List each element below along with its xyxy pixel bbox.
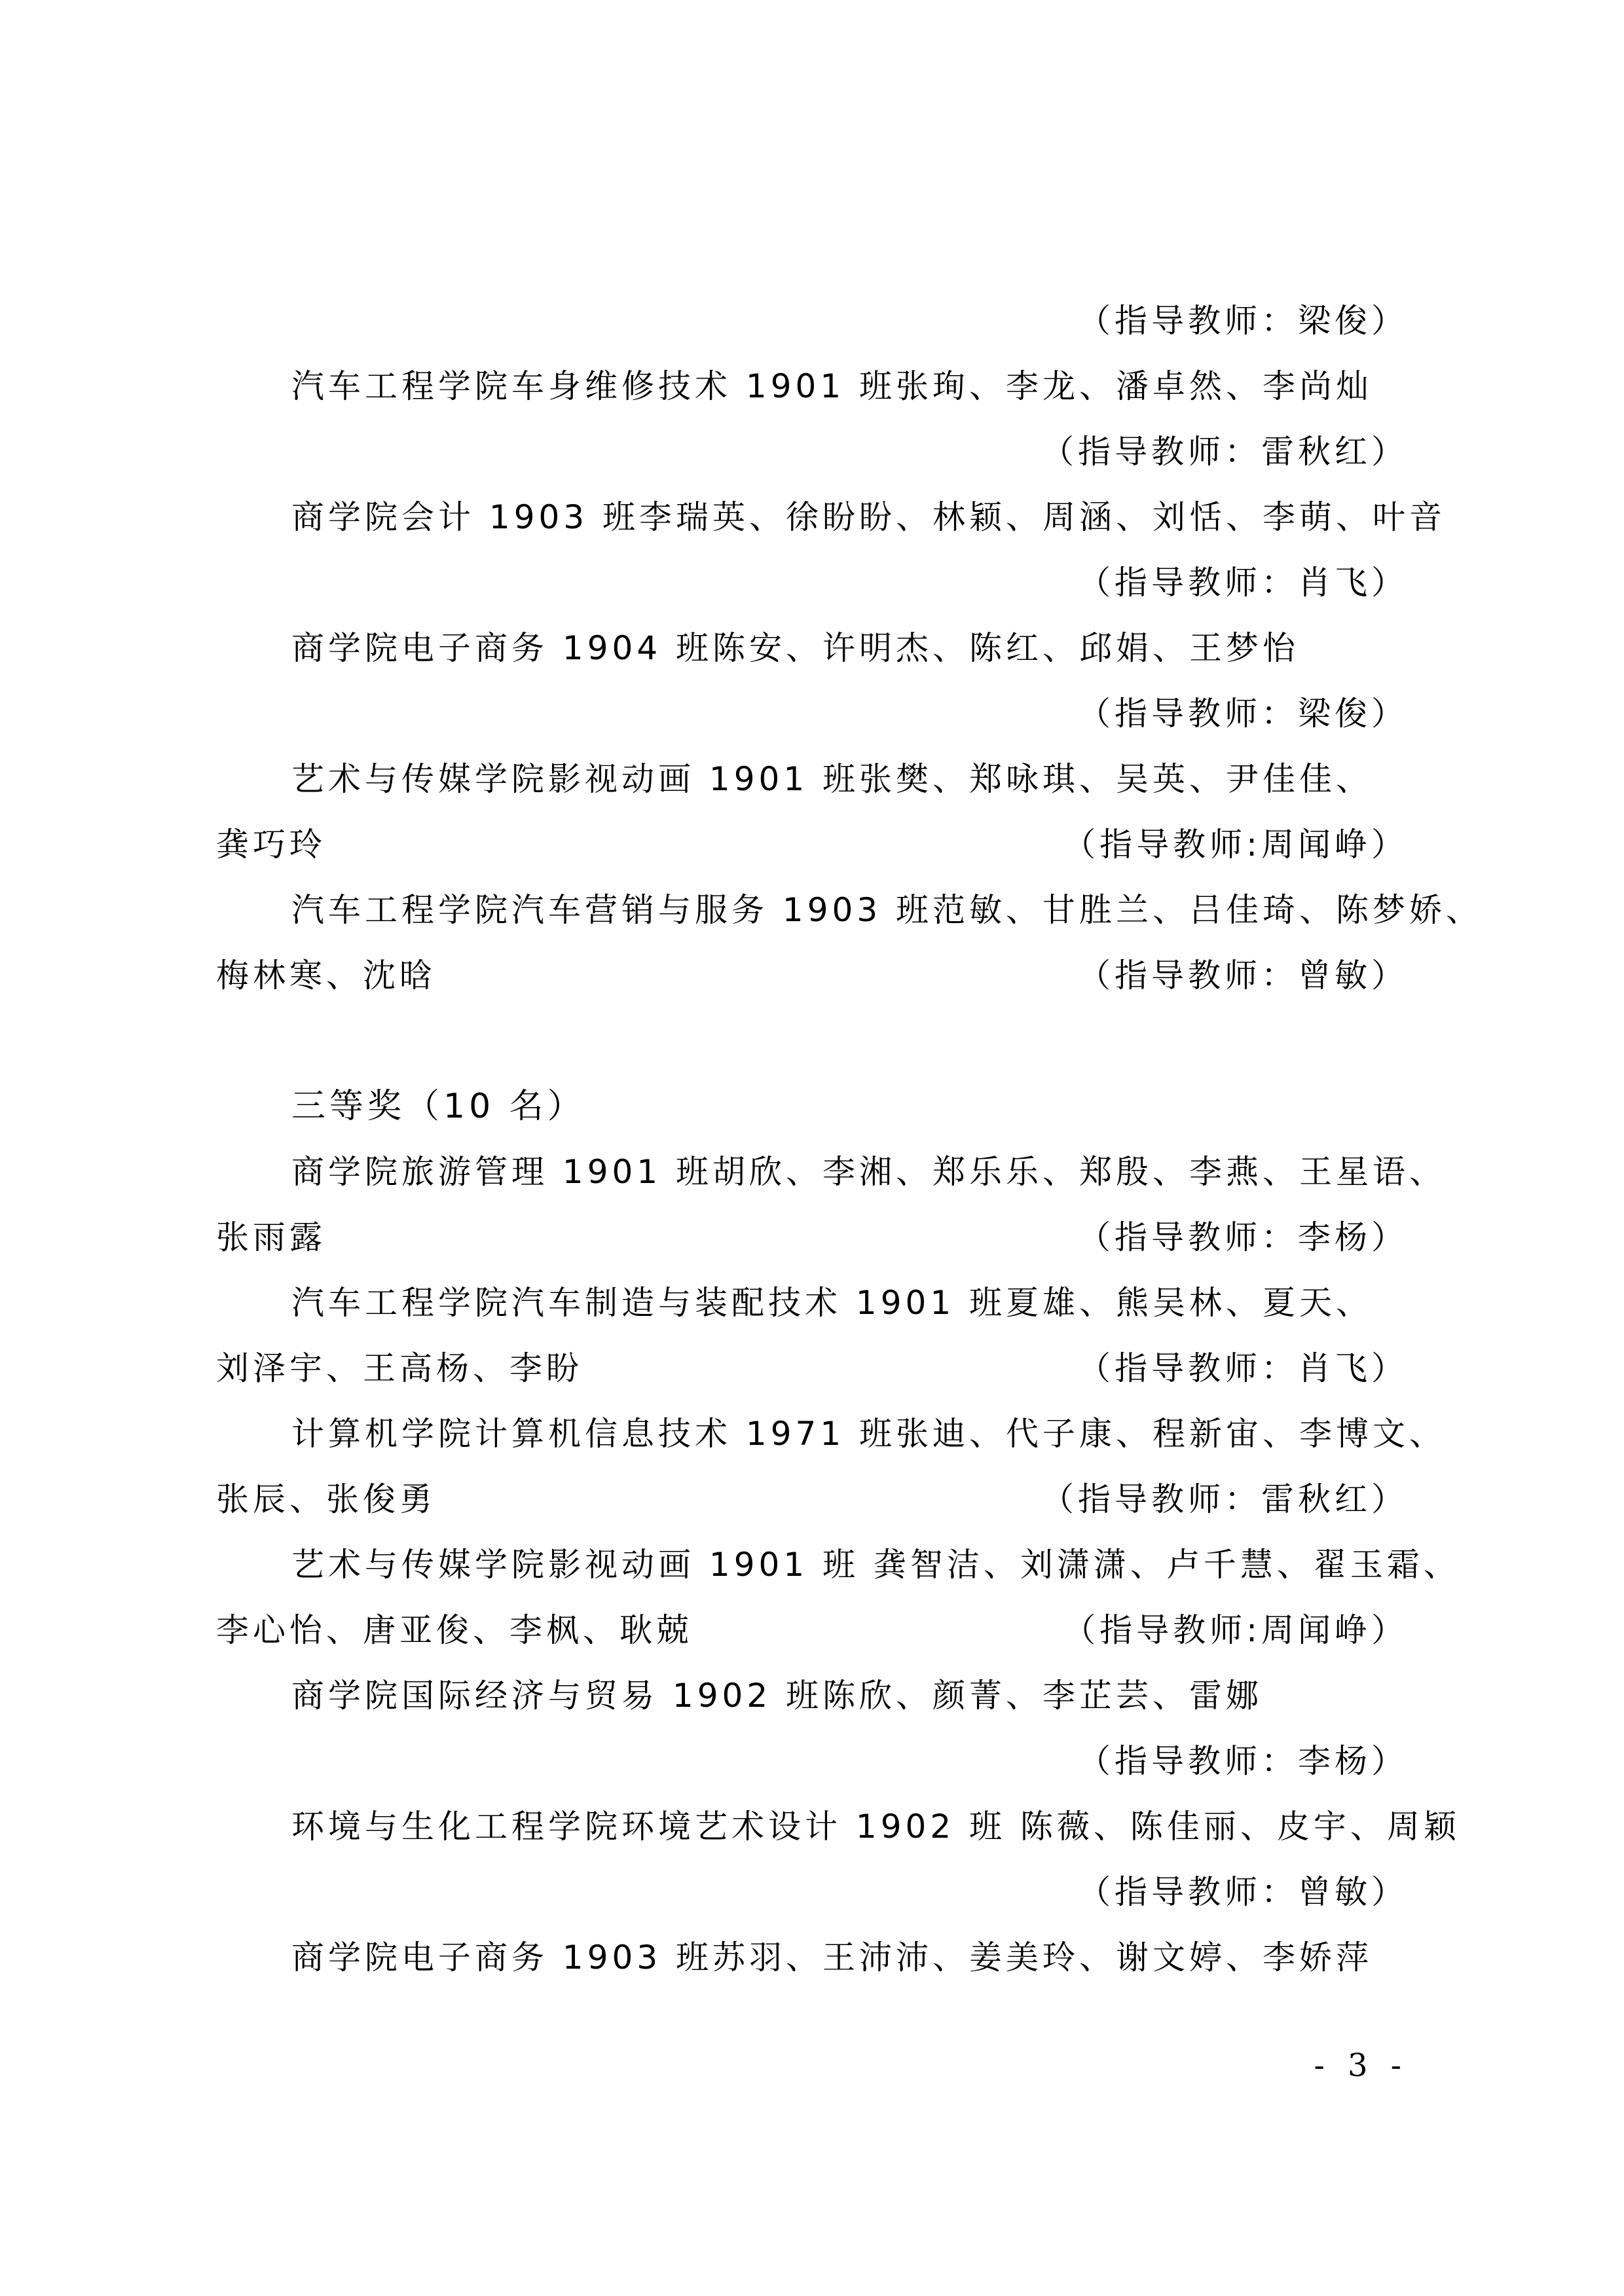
- advisor-line: （指导教师：雷秋红）: [1041, 429, 1408, 475]
- award-entry-continuation: 刘泽宇、王高杨、李盼: [216, 1345, 583, 1391]
- advisor-line: （指导教师：梁俊）: [1078, 691, 1408, 737]
- award-entry-continuation: 张辰、张俊勇: [216, 1476, 436, 1522]
- page-number: - 3 -: [1314, 2046, 1409, 2085]
- award-entry-line: 汽车工程学院车身维修技术 1901 班张珣、李龙、潘卓然、李尚灿: [291, 363, 1373, 409]
- award-entry-line: 环境与生化工程学院环境艺术设计 1902 班 陈薇、陈佳丽、皮宇、周颖: [291, 1804, 1460, 1850]
- advisor-line: （指导教师:周闻峥）: [1063, 1607, 1408, 1653]
- advisor-line: （指导教师：李杨）: [1078, 1738, 1408, 1784]
- award-entry-line: 汽车工程学院汽车制造与装配技术 1901 班夏雄、熊吴林、夏天、: [291, 1280, 1373, 1326]
- advisor-line: （指导教师：肖飞）: [1078, 1345, 1408, 1391]
- award-entry-line: 艺术与传媒学院影视动画 1901 班张樊、郑咏琪、吴英、尹佳佳、: [291, 756, 1373, 802]
- advisor-line: （指导教师：曾敏）: [1078, 953, 1408, 998]
- award-entry-line: 汽车工程学院汽车营销与服务 1903 班范敏、甘胜兰、吕佳琦、陈梦娇、: [291, 887, 1483, 933]
- award-entry-continuation: 梅林寒、沈晗: [216, 953, 436, 998]
- award-entry-line: 商学院电子商务 1903 班苏羽、王沛沛、姜美玲、谢文婷、李娇萍: [291, 1935, 1373, 1980]
- award-entry-continuation: 李心怡、唐亚俊、李枫、耿兢: [216, 1607, 693, 1653]
- advisor-line: （指导教师：梁俊）: [1078, 298, 1408, 344]
- advisor-line: （指导教师:周闻峥）: [1063, 822, 1408, 867]
- section-heading-third-prize: 三等奖（10 名）: [291, 1084, 585, 1129]
- award-entry-continuation: 张雨露: [216, 1214, 326, 1260]
- advisor-line: （指导教师：肖飞）: [1078, 560, 1408, 606]
- advisor-line: （指导教师：李杨）: [1078, 1214, 1408, 1260]
- award-entry-line: 商学院电子商务 1904 班陈安、许明杰、陈红、邱娟、王梦怡: [291, 625, 1299, 671]
- advisor-line: （指导教师：雷秋红）: [1041, 1476, 1408, 1522]
- award-entry-line: 商学院国际经济与贸易 1902 班陈欣、颜菁、李芷芸、雷娜: [291, 1673, 1263, 1719]
- advisor-line: （指导教师：曾敏）: [1078, 1869, 1408, 1915]
- award-entry-continuation: 龚巧玲: [216, 822, 326, 867]
- award-entry-line: 商学院会计 1903 班李瑞英、徐盼盼、林颖、周涵、刘恬、李萌、叶音: [291, 494, 1446, 540]
- award-entry-line: 商学院旅游管理 1901 班胡欣、李湘、郑乐乐、郑殷、李燕、王星语、: [291, 1149, 1446, 1195]
- award-entry-line: 艺术与传媒学院影视动画 1901 班 龚智洁、刘潇潇、卢千慧、翟玉霜、: [291, 1542, 1460, 1588]
- award-entry-line: 计算机学院计算机信息技术 1971 班张迪、代子康、程新宙、李博文、: [291, 1411, 1446, 1457]
